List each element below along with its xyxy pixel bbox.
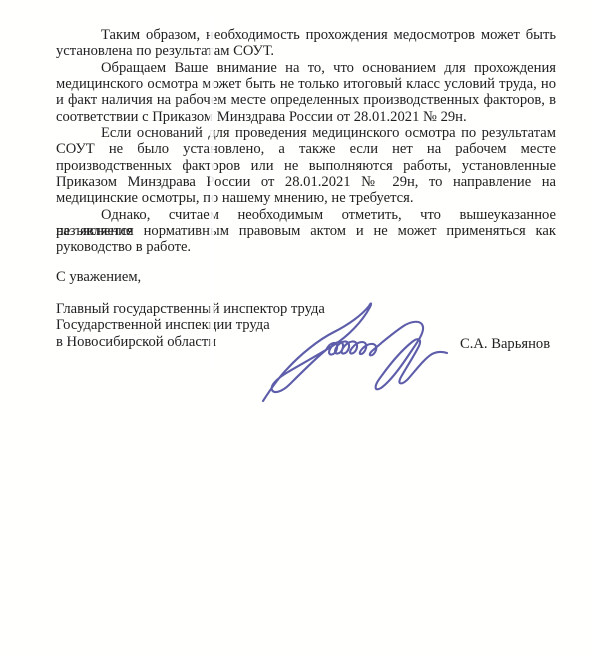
text-line: установлена по результатам СОУТ. bbox=[56, 43, 556, 59]
paragraph-4: Однако, считаем необходимым отметить, чт… bbox=[56, 207, 556, 256]
text-line: Обращаем Ваше внимание на то, что основа… bbox=[56, 60, 556, 76]
text-line: медицинские осмотры, по нашему мнению, н… bbox=[56, 190, 556, 206]
paragraph-2: Обращаем Ваше внимание на то, что основа… bbox=[56, 60, 556, 125]
text-line: и факт наличия на рабочем месте определе… bbox=[56, 92, 556, 108]
text-line: Приказом Минздрава России от 28.01.2021 … bbox=[56, 174, 556, 190]
text-line: Однако, считаем необходимым отметить, чт… bbox=[56, 207, 556, 223]
paragraph-1: Таким образом, необходимость прохождения… bbox=[56, 27, 556, 60]
text-line: соответствии с Приказом Минздрава России… bbox=[56, 109, 556, 125]
text-line: производственных факторов или не выполня… bbox=[56, 158, 556, 174]
text-line: не является нормативным правовым актом и… bbox=[56, 223, 556, 239]
text-line: медицинского осмотра может быть не тольк… bbox=[56, 76, 556, 92]
text-line: руководство в работе. bbox=[56, 239, 556, 255]
closing-salutation: С уважением, bbox=[56, 269, 141, 285]
signature-stroke bbox=[263, 303, 447, 401]
signer-name: С.А. Варьянов bbox=[460, 336, 550, 353]
text-line: СОУТ не было установлено, а также если н… bbox=[56, 141, 556, 157]
letter-body: Таким образом, необходимость прохождения… bbox=[56, 27, 556, 256]
text-line: Если оснований для проведения медицинско… bbox=[56, 125, 556, 141]
scanned-letter-page: Таким образом, необходимость прохождения… bbox=[0, 0, 593, 656]
paragraph-3: Если оснований для проведения медицинско… bbox=[56, 125, 556, 207]
signature-ink bbox=[255, 288, 460, 410]
text-line: Таким образом, необходимость прохождения… bbox=[56, 27, 556, 43]
